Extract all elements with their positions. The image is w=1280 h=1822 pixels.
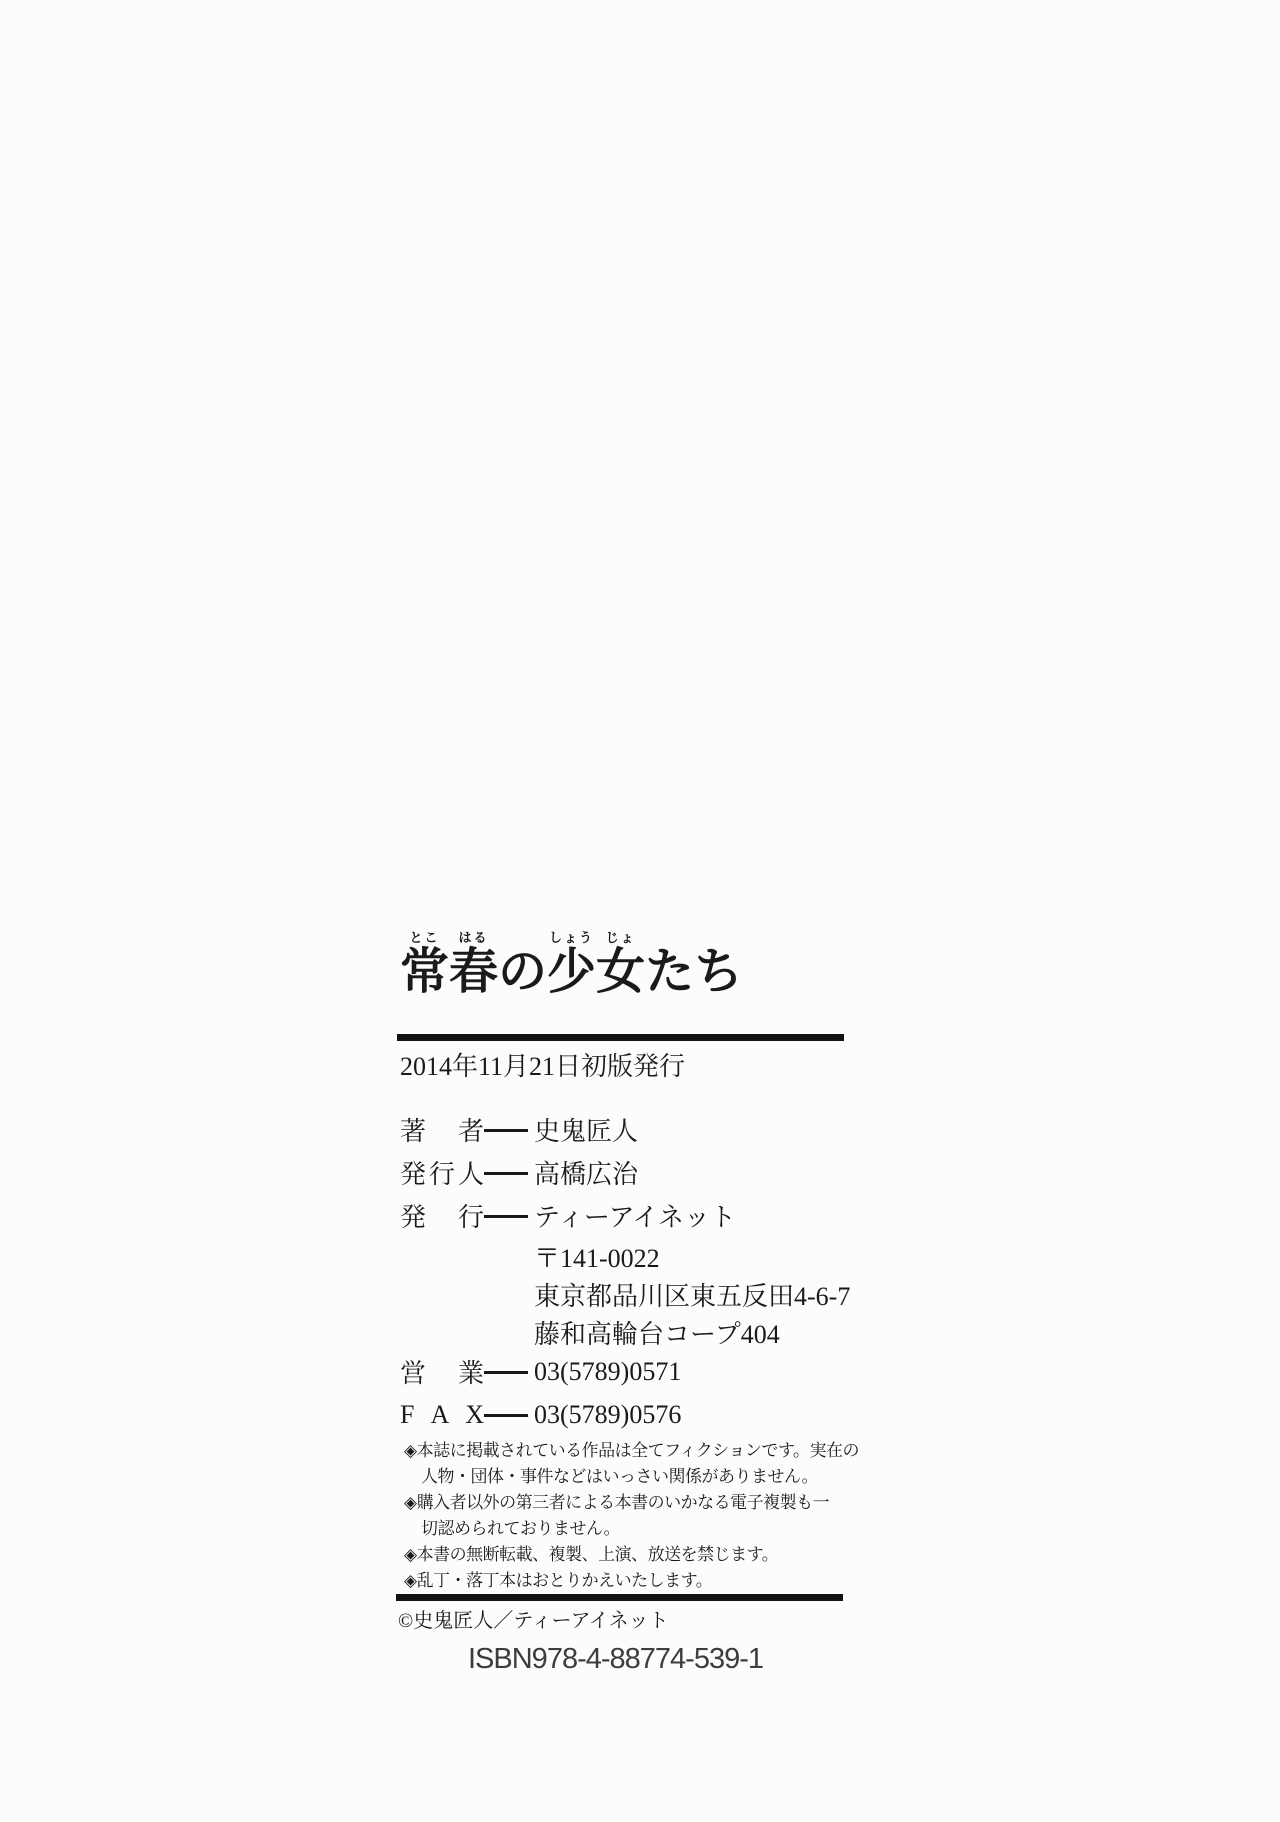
contact-value: 03(5789)0571	[534, 1357, 681, 1387]
dash-connector	[484, 1215, 528, 1218]
edition-date: 2014年11月21日初版発行	[400, 1046, 685, 1083]
book-title: 常とこ春はるの少しょう女じょたち	[400, 930, 743, 1005]
contacts-block: 営 業 03(5789)0571 F A X 03(5789)0576	[400, 1350, 681, 1436]
title-segment: 少しょう	[547, 944, 596, 999]
title-segment: たち	[645, 944, 743, 999]
dash-connector	[484, 1172, 528, 1175]
notice-line: ◈本書の無断転載、複製、上演、放送を禁じます。	[404, 1542, 859, 1568]
notice-line: ◈乱丁・落丁本はおとりかえいたします。	[404, 1568, 859, 1594]
notice-line: 切認められておりません。	[404, 1516, 859, 1542]
contact-row-sales: 営 業 03(5789)0571	[400, 1350, 681, 1393]
dash-connector	[484, 1129, 528, 1132]
credit-row-publisher-person: 発行人 高橋広治	[400, 1151, 736, 1194]
title-segment: 春はる	[449, 944, 498, 999]
credit-label: 発行人	[400, 1154, 484, 1191]
credit-value: 史鬼匠人	[534, 1111, 638, 1148]
dash-connector	[484, 1414, 528, 1417]
contact-row-fax: F A X 03(5789)0576	[400, 1393, 681, 1436]
contact-label: F A X	[400, 1400, 484, 1430]
footer-divider-rule	[396, 1594, 843, 1601]
title-segment: の	[498, 944, 547, 999]
credit-row-author: 著 者 史鬼匠人	[400, 1108, 736, 1151]
copyright-line: ©史鬼匠人／ティーアイネット	[398, 1606, 669, 1636]
credit-value: ティーアイネット	[534, 1197, 736, 1234]
address-line: 東京都品川区東五反田4-6-7	[534, 1278, 850, 1316]
credit-label: 著 者	[400, 1111, 484, 1148]
publisher-address: 〒141-0022 東京都品川区東五反田4-6-7 藤和高輪台コープ404	[534, 1240, 850, 1354]
contact-label: 営 業	[400, 1353, 484, 1390]
title-segment: 女じょ	[596, 944, 645, 999]
notice-line: ◈本誌に掲載されている作品は全てフィクションです。実在の	[404, 1438, 859, 1464]
credit-label: 発 行	[400, 1197, 484, 1234]
address-line: 藤和高輪台コープ404	[534, 1316, 850, 1354]
dash-connector	[484, 1371, 528, 1374]
title-divider-rule	[397, 1034, 844, 1041]
notice-line: ◈購入者以外の第三者による本書のいかなる電子複製も一	[404, 1490, 859, 1516]
credits-block: 著 者 史鬼匠人 発行人 高橋広治 発 行 ティーアイネット	[400, 1108, 736, 1237]
colophon-page: 常とこ春はるの少しょう女じょたち 2014年11月21日初版発行 著 者 史鬼匠…	[0, 0, 1280, 1822]
postal-code: 〒141-0022	[534, 1240, 850, 1278]
legal-notices: ◈本誌に掲載されている作品は全てフィクションです。実在の 人物・団体・事件などは…	[404, 1438, 859, 1594]
isbn-number: ISBN978-4-88774-539-1	[468, 1642, 763, 1676]
title-segment: 常とこ	[400, 944, 449, 999]
notice-line: 人物・団体・事件などはいっさい関係がありません。	[404, 1464, 859, 1490]
contact-value: 03(5789)0576	[534, 1400, 681, 1430]
credit-row-publisher-company: 発 行 ティーアイネット	[400, 1194, 736, 1237]
credit-value: 高橋広治	[534, 1154, 638, 1191]
